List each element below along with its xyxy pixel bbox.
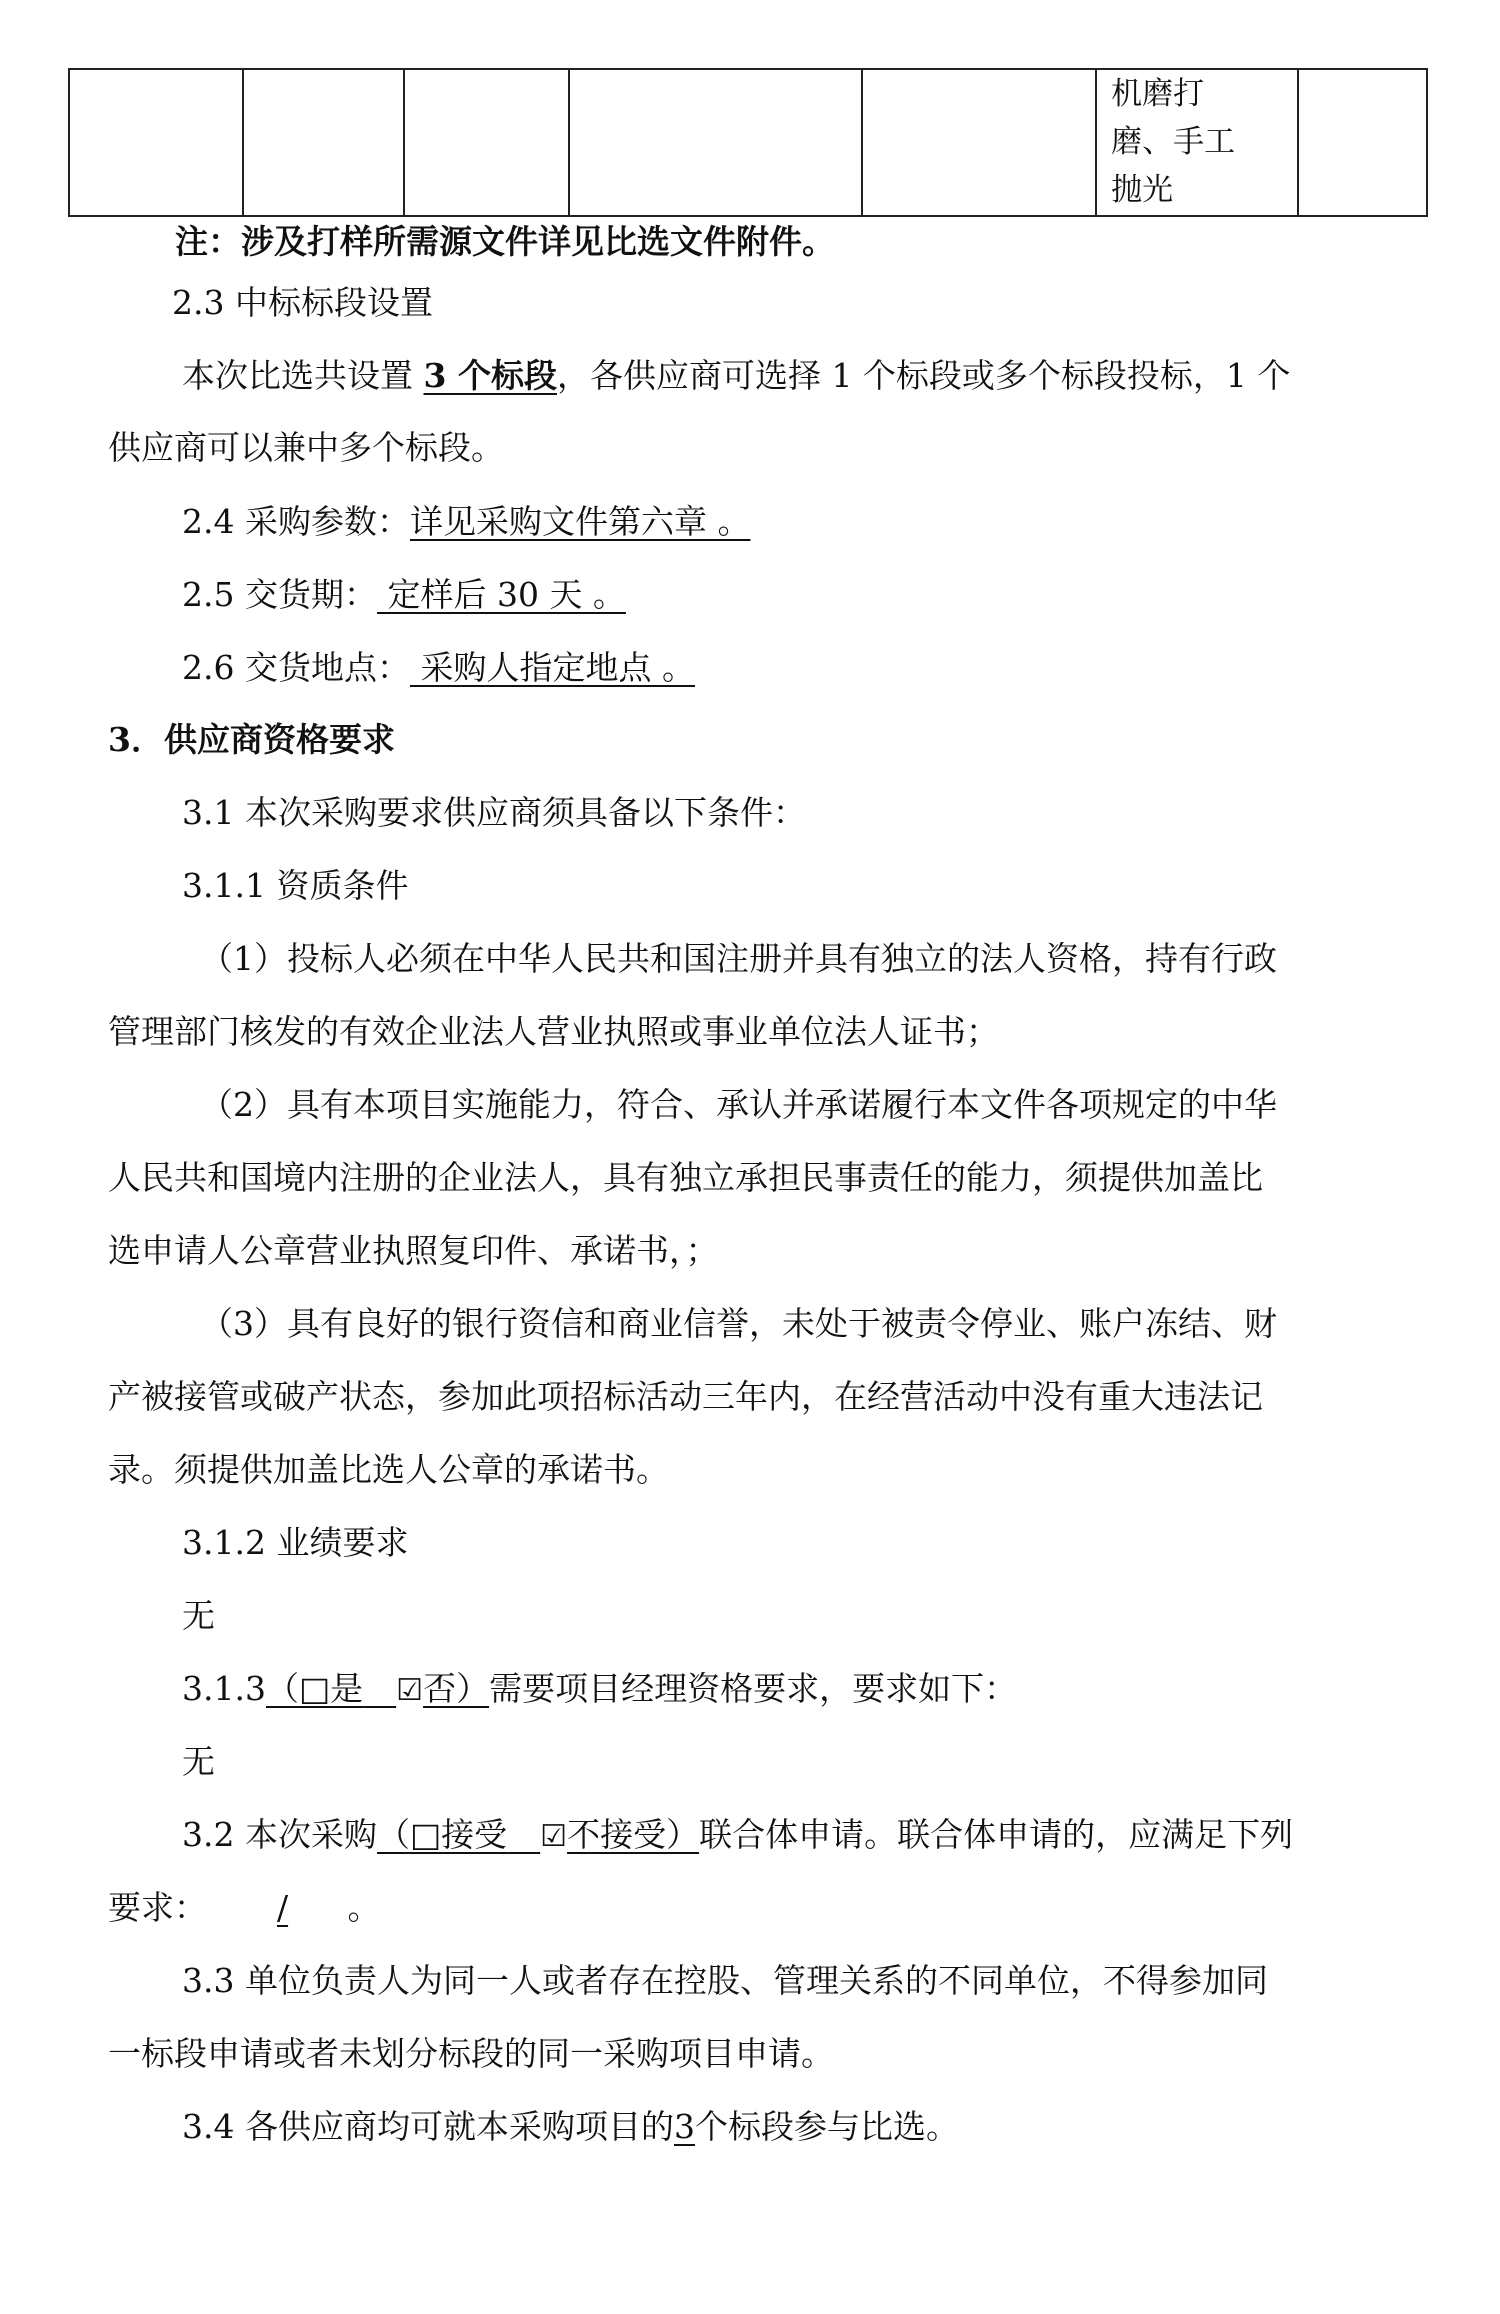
item-2-line: 人民共和国境内注册的企业法人，具有独立承担民事责任的能力，须提供加盖比 — [108, 1158, 1263, 1198]
field-2-4: 2.4 采购参数：详见采购文件第六章 。 — [182, 502, 750, 542]
item-3-line: 录。须提供加盖比选人公章的承诺书。 — [108, 1450, 669, 1490]
spec-table-fragment: 机磨打 磨、手工 抛光 — [68, 68, 1428, 217]
heading-3-1-2: 3.1.2 业绩要求 — [182, 1523, 408, 1563]
field-value: 采购人指定地点 。 — [410, 648, 695, 687]
field-label: 2.4 采购参数： — [182, 502, 410, 541]
table-cell-process: 机磨打 磨、手工 抛光 — [1096, 69, 1297, 216]
clause-number: 3.1.3 — [182, 1669, 266, 1708]
paragraph-continued: 供应商可以兼中多个标段。 — [108, 428, 504, 468]
cell-line: 抛光 — [1111, 166, 1282, 214]
item-3-line: 产被接管或破产状态，参加此项招标活动三年内，在经营活动中没有重大违法记 — [108, 1377, 1263, 1417]
field-label: 2.6 交货地点： — [182, 648, 410, 687]
clause-text: 个标段参与比选。 — [695, 2107, 959, 2146]
table-cell — [69, 69, 243, 216]
table-row: 机磨打 磨、手工 抛光 — [69, 69, 1427, 216]
table-cell — [243, 69, 404, 216]
field-label: 要求： — [108, 1888, 207, 1927]
clause-3-3-line: 3.3 单位负责人为同一人或者存在控股、管理关系的不同单位，不得参加同 — [182, 1961, 1268, 2001]
value-3-1-3: 无 — [182, 1742, 215, 1782]
checked-box-icon[interactable]: ☑ — [540, 1817, 567, 1857]
option-yes-checkbox[interactable]: （□是 — [266, 1669, 363, 1708]
section-heading-3: 3．供应商资格要求 — [108, 720, 395, 760]
item-2-line: 选申请人公章营业执照复印件、承诺书，； — [108, 1231, 719, 1271]
table-cell — [1298, 69, 1428, 216]
field-value: 详见采购文件第六章 。 — [410, 502, 751, 541]
table-cell — [569, 69, 863, 216]
text: 。 — [348, 1888, 381, 1927]
item-3-line: （3）具有良好的银行资信和商业信誉，未处于被责令停业、账户冻结、财 — [200, 1304, 1277, 1344]
clause-text: 联合体申请。联合体申请的，应满足下列 — [699, 1815, 1293, 1854]
clause-3-1-3: 3.1.3（□是 ☑否）需要项目经理资格要求，要求如下： — [182, 1669, 1017, 1711]
checked-box-icon[interactable]: ☑ — [396, 1671, 423, 1711]
option-reject-checkbox[interactable]: 不接受） — [567, 1815, 699, 1854]
heading-3-1-1: 3.1.1 资质条件 — [182, 866, 408, 906]
table-cell — [862, 69, 1096, 216]
field-value: 定样后 30 天 。 — [377, 575, 626, 614]
paragraph-3-1: 3.1 本次采购要求供应商须具备以下条件： — [182, 793, 806, 833]
clause-text: 3.2 本次采购 — [182, 1815, 377, 1854]
cell-line: 机磨打 — [1111, 70, 1282, 118]
emphasis-text: 3 个标段 — [424, 356, 557, 395]
field-2-6: 2.6 交货地点： 采购人指定地点 。 — [182, 648, 695, 688]
text: 本次比选共设置 — [182, 356, 413, 395]
clause-3-4: 3.4 各供应商均可就本采购项目的3个标段参与比选。 — [182, 2107, 959, 2147]
table-cell — [404, 69, 568, 216]
lot-count: 3 — [674, 2107, 695, 2146]
item-1-line: （1）投标人必须在中华人民共和国注册并具有独立的法人资格，持有行政 — [200, 939, 1277, 979]
note-text: 注：涉及打样所需源文件详见比选文件附件。 — [175, 222, 835, 262]
value-3-1-2: 无 — [182, 1596, 215, 1636]
option-no-checkbox[interactable]: 否） — [423, 1669, 489, 1708]
field-label: 2.5 交货期： — [182, 575, 377, 614]
option-accept-checkbox[interactable]: （□接受 — [377, 1815, 507, 1854]
document-page: 机磨打 磨、手工 抛光 注：涉及打样所需源文件详见比选文件附件。 2.3 中标标… — [0, 0, 1500, 2314]
cell-line: 磨、手工 — [1111, 118, 1282, 166]
clause-text: 3.4 各供应商均可就本采购项目的 — [182, 2107, 674, 2146]
field-2-5: 2.5 交货期： 定样后 30 天 。 — [182, 575, 626, 615]
text: ，各供应商可选择 1 个标段或多个标段投标，1 个 — [557, 356, 1290, 395]
clause-3-2-requirement: 要求： /。 — [108, 1888, 381, 1928]
blank-field: / — [218, 1888, 348, 1928]
clause-text: 需要项目经理资格要求，要求如下： — [489, 1669, 1017, 1708]
clause-3-2: 3.2 本次采购（□接受 ☑不接受）联合体申请。联合体申请的，应满足下列 — [182, 1815, 1293, 1857]
paragraph: 本次比选共设置 3 个标段，各供应商可选择 1 个标段或多个标段投标，1 个 — [182, 356, 1290, 396]
item-2-line: （2）具有本项目实施能力，符合、承认并承诺履行本文件各项规定的中华 — [200, 1085, 1277, 1125]
section-heading-2-3: 2.3 中标标段设置 — [172, 283, 433, 323]
item-1-line: 管理部门核发的有效企业法人营业执照或事业单位法人证书； — [108, 1012, 999, 1052]
clause-3-3-line: 一标段申请或者未划分标段的同一采购项目申请。 — [108, 2034, 834, 2074]
